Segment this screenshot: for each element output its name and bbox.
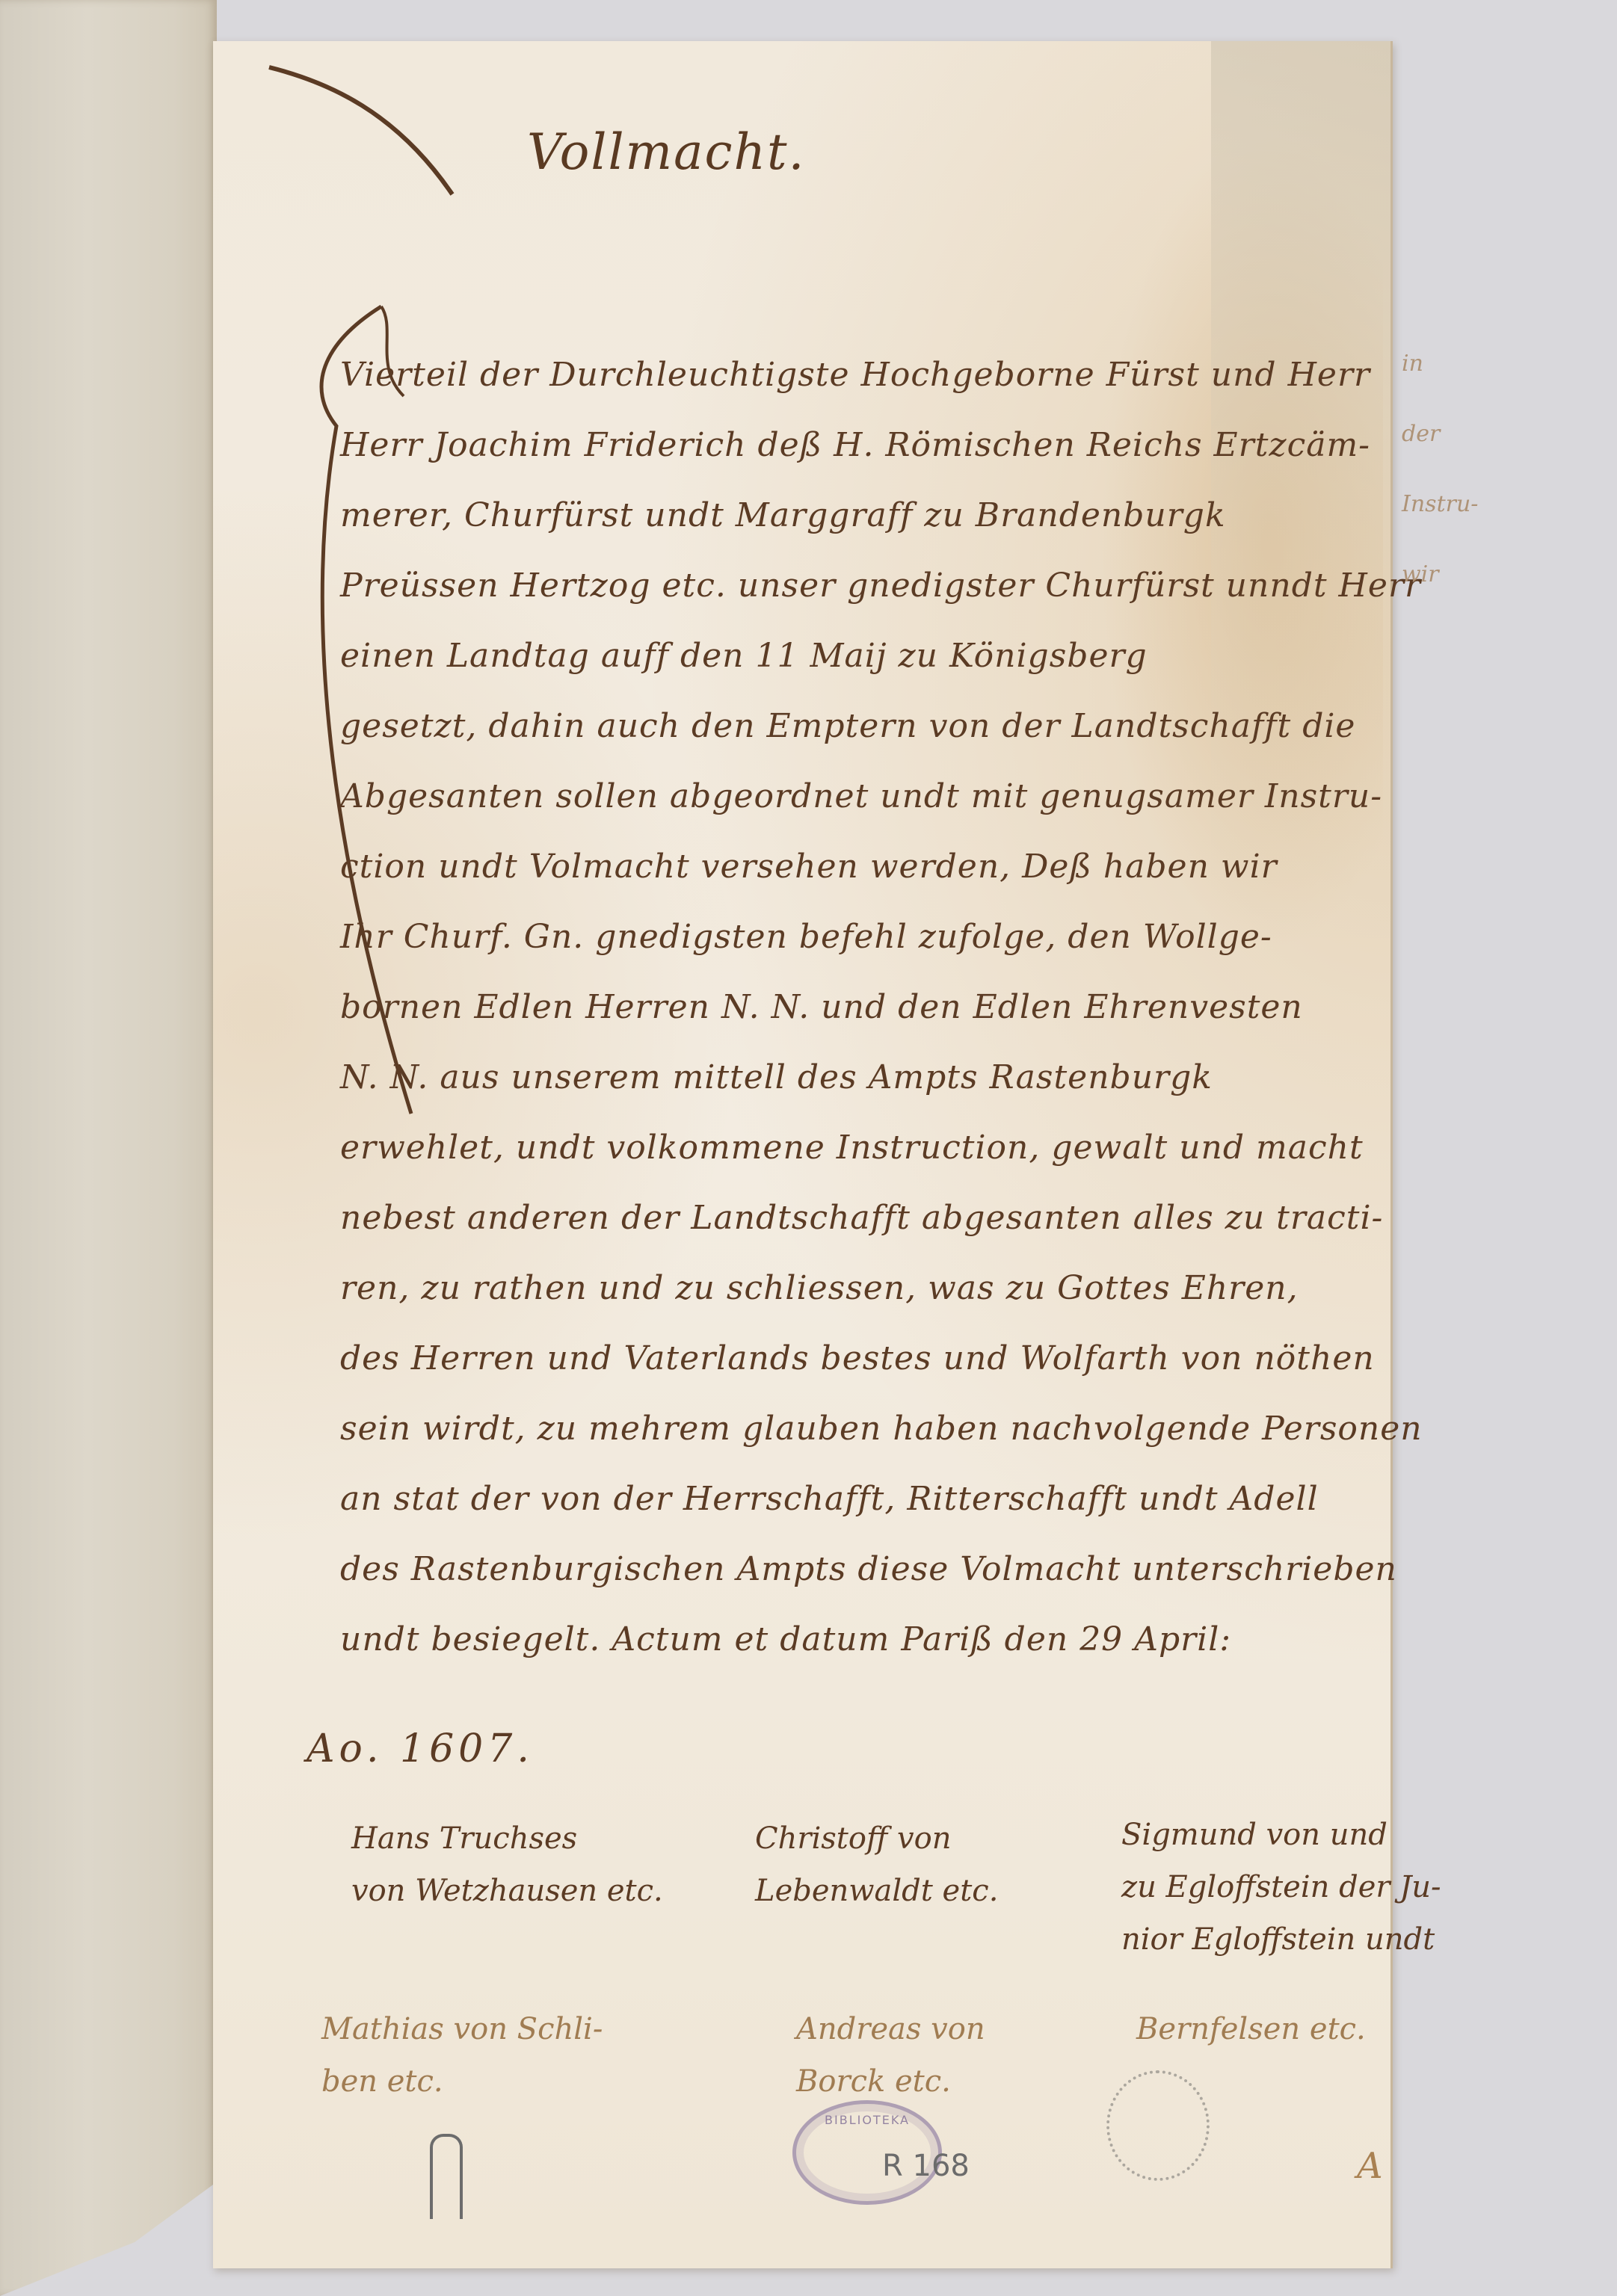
pencil-mark-icon [430,2134,463,2219]
text-line: ction undt Volmacht versehen werden, Deß… [340,832,1462,902]
signature-line: Lebenwaldt etc. [755,1865,998,1917]
text-line: undt besiegelt. Actum et datum Pariß den… [340,1605,1462,1675]
text-line: erwehlet, undt volkommene Instruction, g… [340,1113,1462,1183]
signature-line: zu Egloffstein der Ju- [1121,1861,1441,1913]
text-line: merer, Churfürst undt Marggraff zu Brand… [340,481,1462,551]
body-text: Vierteil der Durchleuchtigste Hochgeborn… [340,340,1462,1675]
faded-round-stamp [1106,2070,1210,2181]
signature-line: von Wetzhausen etc. [351,1865,663,1917]
text-line: Preüssen Hertzog etc. unser gnedigster C… [340,551,1462,621]
title-flourish-icon [262,52,486,247]
text-line: des Rastenburgischen Ampts diese Volmach… [340,1534,1462,1605]
text-line: Ihr Churf. Gn. gnedigsten befehl zufolge… [340,902,1462,972]
text-line: einen Landtag auff den 11 Maij zu Königs… [340,621,1462,691]
margin-note-word: wir [1402,540,1521,610]
text-line: sein wirdt, zu mehrem glauben haben nach… [340,1394,1462,1464]
text-line: Abgesanten sollen abgeordnet undt mit ge… [340,762,1462,832]
signature-line: Sigmund von und [1121,1809,1441,1861]
signature-line: nior Egloffstein undt [1121,1913,1441,1966]
folio-letter: A [1357,2145,1383,2187]
text-line: Herr Joachim Friderich deß H. Römischen … [340,410,1462,481]
text-line: Vierteil der Durchleuchtigste Hochgeborn… [340,340,1462,410]
shelfmark: R 168 [882,2149,970,2183]
signature-line: Andreas von [796,2003,985,2055]
text-line: N. N. aus unserem mittell des Ampts Rast… [340,1043,1462,1113]
signature-line: ben etc. [321,2055,603,2108]
text-line: bornen Edlen Herren N. N. und den Edlen … [340,972,1462,1043]
text-line: des Herren und Vaterlands bestes und Wol… [340,1324,1462,1394]
signature-line: Bernfelsen etc. [1136,2003,1366,2055]
binding-board [0,0,217,2296]
signature-1: Hans Truchses von Wetzhausen etc. [351,1812,663,1917]
document-title: Vollmacht. [527,123,805,181]
library-stamp-text: BIBLIOTEKA [796,2113,938,2127]
date-line: Ao. 1607. [307,1726,534,1771]
signature-line: Christoff von [755,1812,998,1865]
margin-note-word: in [1402,329,1521,399]
text-line: an stat der von der Herrschafft, Ritters… [340,1464,1462,1534]
signature-5: Andreas von Borck etc. [796,2003,985,2108]
signature-2: Christoff von Lebenwaldt etc. [755,1812,998,1917]
margin-note-word: der [1402,399,1521,469]
margin-note: in der Instru- wir [1402,329,1521,610]
signature-line: Borck etc. [796,2055,985,2108]
signature-line: Hans Truchses [351,1812,663,1865]
text-line: gesetzt, dahin auch den Emptern von der … [340,691,1462,762]
signature-6: Bernfelsen etc. [1136,2003,1366,2055]
text-line: nebest anderen der Landtschafft abgesant… [340,1183,1462,1253]
signature-line: Mathias von Schli- [321,2003,603,2055]
margin-note-word: Instru- [1402,469,1521,540]
text-line: ren, zu rathen und zu schliessen, was zu… [340,1253,1462,1324]
signature-4: Mathias von Schli- ben etc. [321,2003,603,2108]
signature-3: Sigmund von und zu Egloffstein der Ju- n… [1121,1809,1441,1966]
